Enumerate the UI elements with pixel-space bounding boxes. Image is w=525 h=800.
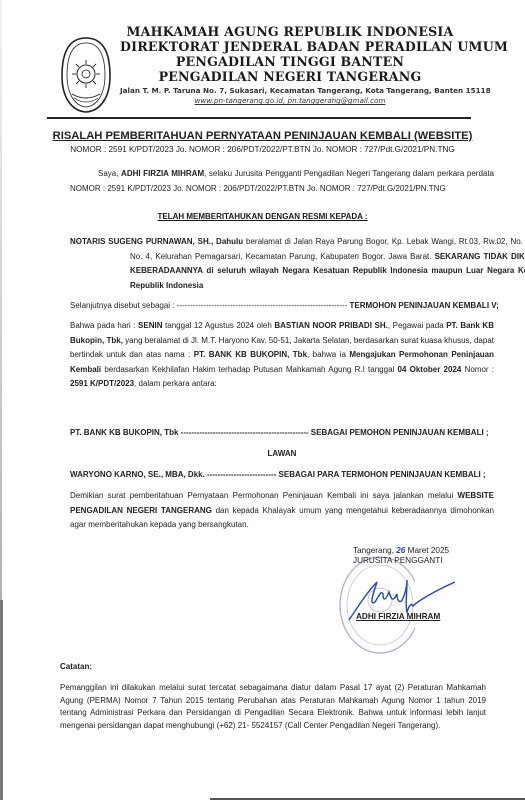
respondent-line: WARYONO KARNO, SE., MBA, Dkk. ----------…: [70, 470, 494, 479]
signer-name: ADHI FIRZIA MIHRAM: [356, 612, 440, 621]
document-title: RISALAH PEMBERITAHUAN PERNYATAAN PENINJA…: [0, 130, 525, 142]
closing-paragraph: Demikian surat pemberitahuan Pernyataan …: [70, 489, 494, 533]
document-number: NOMOR : 2591 K/PDT/2023 Jo. NOMOR : 206/…: [0, 145, 525, 154]
called-as-role: TERMOHON PENINJAUAN KEMBALI V;: [349, 301, 498, 310]
body-paragraph: Bahwa pada hari : SENIN tanggal 12 Agust…: [70, 319, 494, 392]
letterhead: MAHKAMAH AGUNG REPUBLIK INDONESIA DIREKT…: [120, 24, 460, 105]
letterhead-divider: [47, 117, 471, 119]
letterhead-line: DIREKTORAT JENDERAL BADAN PERADILAN UMUM: [120, 39, 460, 54]
recipient-block: NOTARIS SUGENG PURNAWAN, SH., Dahulu ber…: [70, 235, 525, 293]
applicant-line: PT. BANK KB BUKOPIN, Tbk ---------------…: [70, 428, 494, 437]
notified-heading: TELAH MEMBERITAHUKAN DENGAN RESMI KEPADA…: [0, 212, 525, 221]
place-date: Tangerang, 26 Maret 2025: [353, 546, 449, 555]
signer-role: JURUSITA PENGGANTI: [353, 556, 449, 565]
signature-block: Tangerang, 26 Maret 2025 JURUSITA PENGGA…: [353, 546, 449, 565]
note-heading: Catatan:: [60, 662, 92, 671]
scan-edge-shadow: [0, 600, 3, 800]
versus-label: LAWAN: [70, 449, 494, 458]
letterhead-line: PENGADILAN NEGERI TANGERANG: [120, 69, 460, 84]
intro-paragraph: Saya, ADHI FIRZIA MIHRAM, selaku Jurusit…: [70, 167, 494, 196]
bailiff-name: ADHI FIRZIA MIHRAM: [121, 169, 204, 178]
recipient-name: NOTARIS SUGENG PURNAWAN, SH., Dahulu: [70, 237, 243, 246]
handwritten-day: 26: [396, 546, 405, 555]
court-seal-icon: [60, 36, 112, 114]
letterhead-address: Jalan T. M. P. Taruna No. 7, Sukasari, K…: [120, 86, 460, 95]
called-as-line: Selanjutnya disebut sebagai : ----------…: [70, 301, 494, 310]
letterhead-web-link[interactable]: www.pn-tangerang.go.id, pn.tanggerang@gm…: [120, 96, 460, 105]
note-text: Pemanggilan ini dilakukan melalui surat …: [60, 682, 486, 732]
letterhead-line: MAHKAMAH AGUNG REPUBLIK INDONESIA: [120, 24, 460, 39]
letterhead-line: PENGADILAN TINGGI BANTEN: [120, 54, 460, 69]
